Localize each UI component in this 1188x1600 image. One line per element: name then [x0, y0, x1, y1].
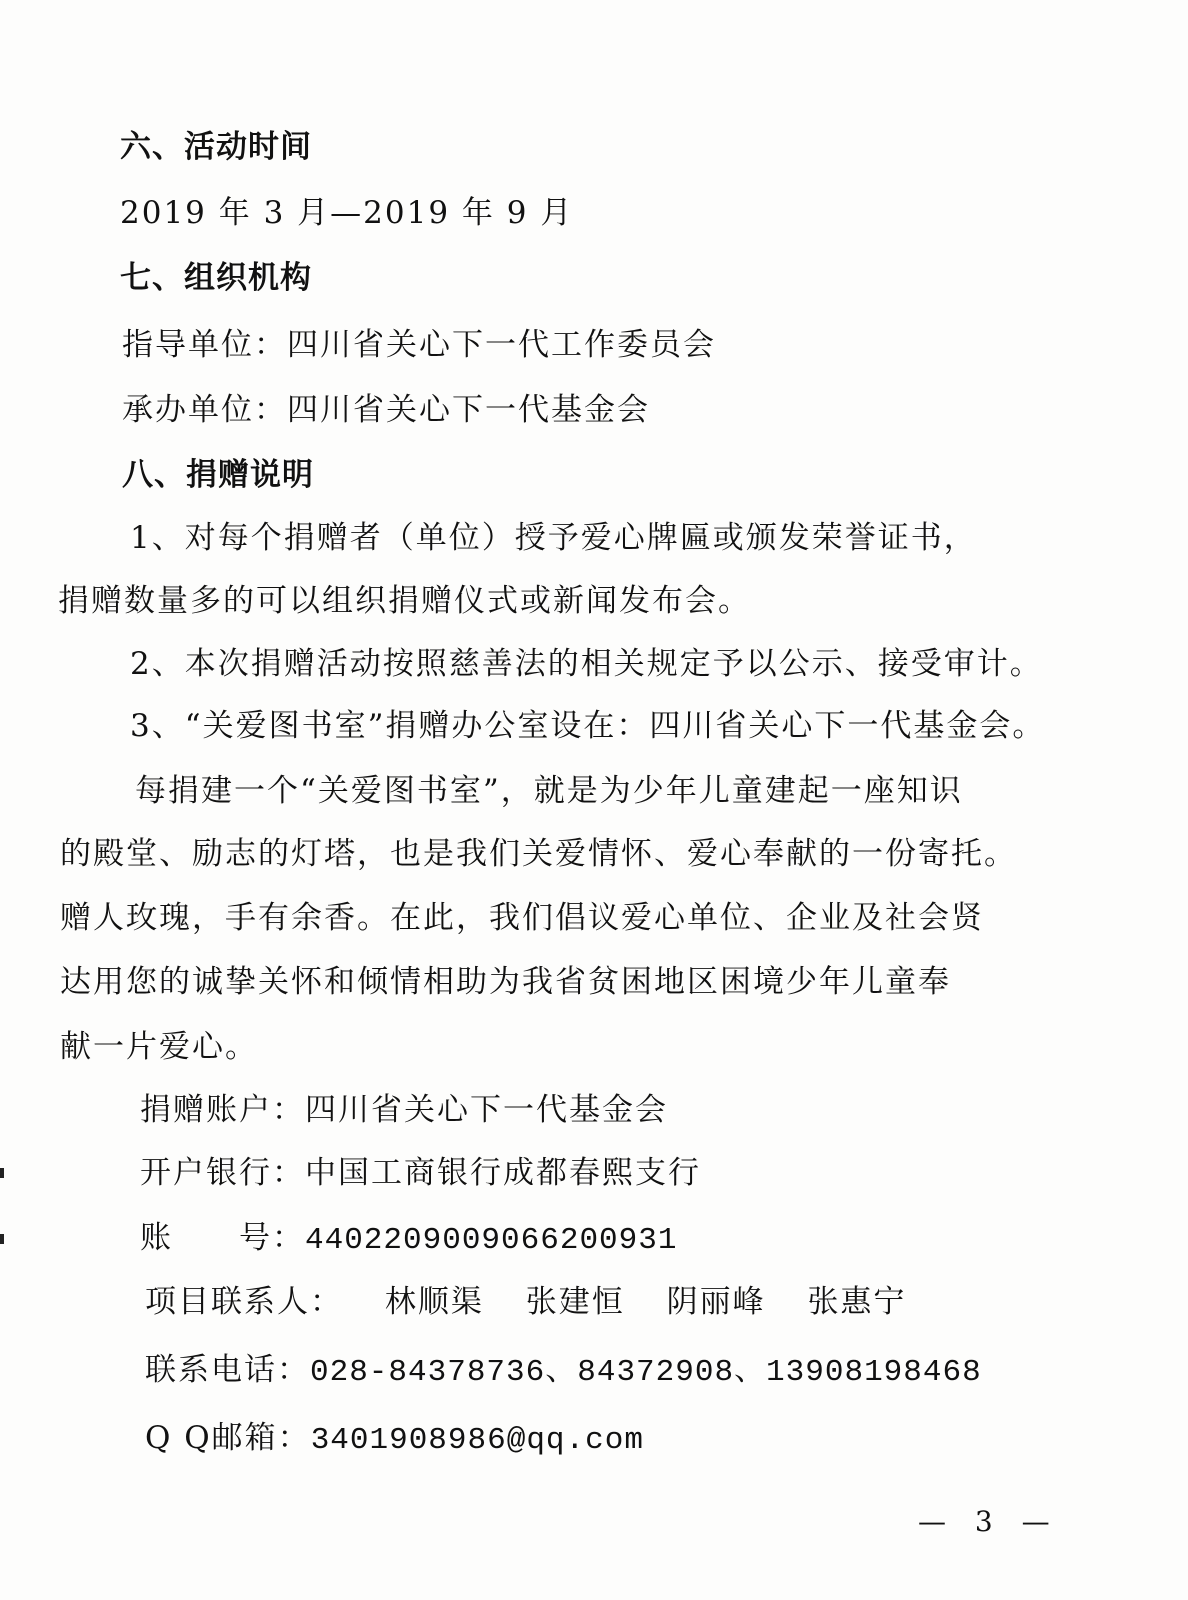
appeal-line-5: 献一片爱心。 — [60, 1027, 258, 1067]
guidance-unit: 指导单位：四川省关心下一代工作委员会 — [122, 325, 716, 365]
document-page: 六、活动时间 2019 年 3 月—2019 年 9 月 七、组织机构 指导单位… — [0, 0, 1188, 1600]
appeal-line-1: 每捐建一个“关爱图书室”，就是为少年儿童建起一座知识 — [135, 771, 963, 811]
page-number: — 3 — — [918, 1505, 1060, 1538]
donation-item-3: 3、“关爱图书室”捐赠办公室设在：四川省关心下一代基金会。 — [130, 706, 1045, 746]
scan-margin-mark — [0, 1168, 4, 1178]
donation-account-value: 四川省关心下一代基金会 — [305, 1092, 668, 1128]
section-heading-organization: 七、组织机构 — [120, 258, 312, 298]
donation-account-row: 捐赠账户：四川省关心下一代基金会 — [140, 1090, 668, 1130]
phone-value: 028-84378736、84372908、13908198468 — [310, 1355, 982, 1390]
bank-label: 开户银行： — [140, 1155, 305, 1191]
donation-item-2: 2、本次捐赠活动按照慈善法的相关规定予以公示、接受审计。 — [130, 644, 1043, 684]
contacts-row: 项目联系人： 林顺渠 张建恒 阴丽峰 张惠宁 — [145, 1282, 906, 1322]
email-row: Q Q邮箱：3401908986@qq.com — [145, 1418, 644, 1461]
section-heading-donation-notes: 八、捐赠说明 — [122, 455, 314, 495]
email-label: Q Q邮箱： — [145, 1420, 311, 1456]
contact-person: 阴丽峰 — [667, 1284, 766, 1320]
donation-item-1-line-1: 1、对每个捐赠者（单位）授予爱心牌匾或颁发荣誉证书， — [130, 518, 977, 558]
phone-label: 联系电话： — [145, 1352, 310, 1388]
scan-margin-mark — [0, 1234, 4, 1244]
contact-person: 张惠宁 — [807, 1284, 906, 1320]
appeal-line-4: 达用您的诚挚关怀和倾情相助为我省贫困地区困境少年儿童奉 — [60, 962, 951, 1002]
organizer-unit: 承办单位：四川省关心下一代基金会 — [122, 390, 650, 430]
phone-row: 联系电话：028-84378736、84372908、13908198468 — [145, 1350, 982, 1393]
bank-row: 开户银行：中国工商银行成都春熙支行 — [140, 1153, 701, 1193]
bank-value: 中国工商银行成都春熙支行 — [305, 1155, 701, 1191]
appeal-line-3: 赠人玫瑰，手有余香。在此，我们倡议爱心单位、企业及社会贤 — [60, 898, 984, 938]
activity-period: 2019 年 3 月—2019 年 9 月 — [120, 193, 573, 233]
account-number-row: 账 号：4402209009066200931 — [140, 1218, 677, 1261]
appeal-line-2: 的殿堂、励志的灯塔，也是我们关爱情怀、爱心奉献的一份寄托。 — [60, 834, 1017, 874]
donation-account-label: 捐赠账户： — [140, 1092, 305, 1128]
account-number-label: 账 号： — [140, 1220, 305, 1256]
contact-person: 林顺渠 — [385, 1284, 484, 1320]
contact-person: 张建恒 — [526, 1284, 625, 1320]
account-number-value: 4402209009066200931 — [305, 1223, 677, 1258]
contacts-label: 项目联系人： — [145, 1284, 343, 1320]
section-heading-activity-time: 六、活动时间 — [120, 127, 312, 167]
donation-item-1-line-2: 捐赠数量多的可以组织捐赠仪式或新闻发布会。 — [58, 581, 751, 621]
email-value: 3401908986@qq.com — [311, 1423, 644, 1458]
